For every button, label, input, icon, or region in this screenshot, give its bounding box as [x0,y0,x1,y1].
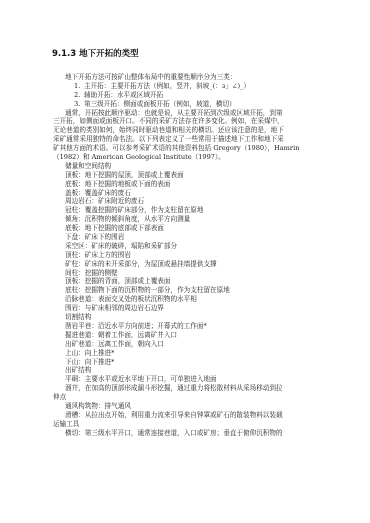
section-heading: 9.1.3 地下开拓的类型 [52,47,139,59]
paragraph-line: 采矿通常采用独特的命名法。以下列表定义了一些常用于描述地下工作和地下采 [53,135,321,144]
term-line: 出矿结构 [53,366,321,375]
term-line: 平硐：主要水平或近水平地下开口，可单独进入地面 [53,375,321,384]
term-line: 滑槽：从拉出点开始，利用重力流来引导来自钟罩或矿石的散装物料以装载 [53,411,321,420]
paragraph-line: 无论巷道的类别如何，始终同时驱动巷道和相关的横切。还应该注意的是，地下 [53,126,321,135]
term-line: 通风构筑物：排气通风 [53,402,321,411]
term-line: 储量和空间结构 [53,162,321,171]
list-text: 第三级开拓：侧面或面板开拓（例如，坡道，横切） [84,100,236,108]
term-line: 下山：向下推进* [53,358,321,367]
list-number: 2. [74,91,84,100]
paragraph-line: （1982）和 American Geological Institute（19… [53,153,321,162]
term-line: 溜井，在加高的顶部形成漏斗形挖掘，通过重力将松散材料从采场移动到拉 [53,384,321,393]
term-line: 切割结构 [53,313,321,322]
term-line: 横切：第三级水平开口，通常连接巷道，入口或矿房；垂直于俯仰沉积物的 [53,429,321,438]
term-line: 底板：地下挖掘的地板或下面的表面 [53,180,321,189]
term-line: 沿脉巷道：表面交叉处的板状沉积物的水平相 [53,295,321,304]
list-text: 主开拓：主要开拓方法（例如，竖井，斜坡_(：з」∠)_） [84,82,250,90]
term-line: 冠柱：覆盖挖掘的矿床部分，作为支柱留在原地 [53,206,321,215]
term-line: 顶板：地下挖掘的屋顶，顶部或上覆表面 [53,171,321,180]
term-line: 下盘：矿床下的围岩 [53,233,321,242]
term-line-continuation: 伸点 [53,393,321,402]
list-number: 3. [74,100,84,109]
term-line: 凿岩平巷：沿近水平方向前进；开幕式的工作面* [53,322,321,331]
list-item: 1.主开拓：主要开拓方法（例如，竖井，斜坡_(：з」∠)_） [53,82,321,91]
term-line: 矿柱：矿床的未开采部分，为屋顶或悬挂墙提供支撑 [53,260,321,269]
term-line: 底板：地下挖掘的底部或下部表面 [53,224,321,233]
term-line: 顶柱：矿床上方的围岩 [53,251,321,260]
term-line: 出矿巷道：远离工作面，朝向入口 [53,340,321,349]
list-number: 1. [74,82,84,91]
term-line: 底柱：挖掘物下面的沉积物的一部分，作为支柱留在原地 [53,286,321,295]
list-text: 辅助开拓：水平或区域开拓 [84,91,163,99]
paragraph-line: 矿其他方面的术语。可以参考采矿术语的其他资料包括 Gregory（1980），H… [53,144,321,153]
term-line-continuation: 运输工具 [53,420,321,429]
document-body: 地下开拓方法可按矿山整体布局中的重要性顺序分为三类： 1.主开拓：主要开拓方法（… [53,73,321,438]
intro-line: 地下开拓方法可按矿山整体布局中的重要性顺序分为三类： [53,73,321,82]
list-item: 2.辅助开拓：水平或区域开拓 [53,91,321,100]
term-line: 采空区：矿床的破碎，塌陷和采矿部分 [53,242,321,251]
paragraph-line: 三开拓，如侧面或面板开口。不同的采矿方法存在许多变化。例如，在采煤中， [53,117,321,126]
term-line: 倾角：沉积物的倾斜角度，从水平方向测量 [53,215,321,224]
term-line: 掘进巷道：朝着工作面，远离矿井入口 [53,331,321,340]
list-item: 3.第三级开拓：侧面或面板开拓（例如，坡道，横切） [53,100,321,109]
term-line: 围岩：与矿床相邻的周边岩石边界 [53,304,321,313]
term-line: 上山：向上推进* [53,349,321,358]
